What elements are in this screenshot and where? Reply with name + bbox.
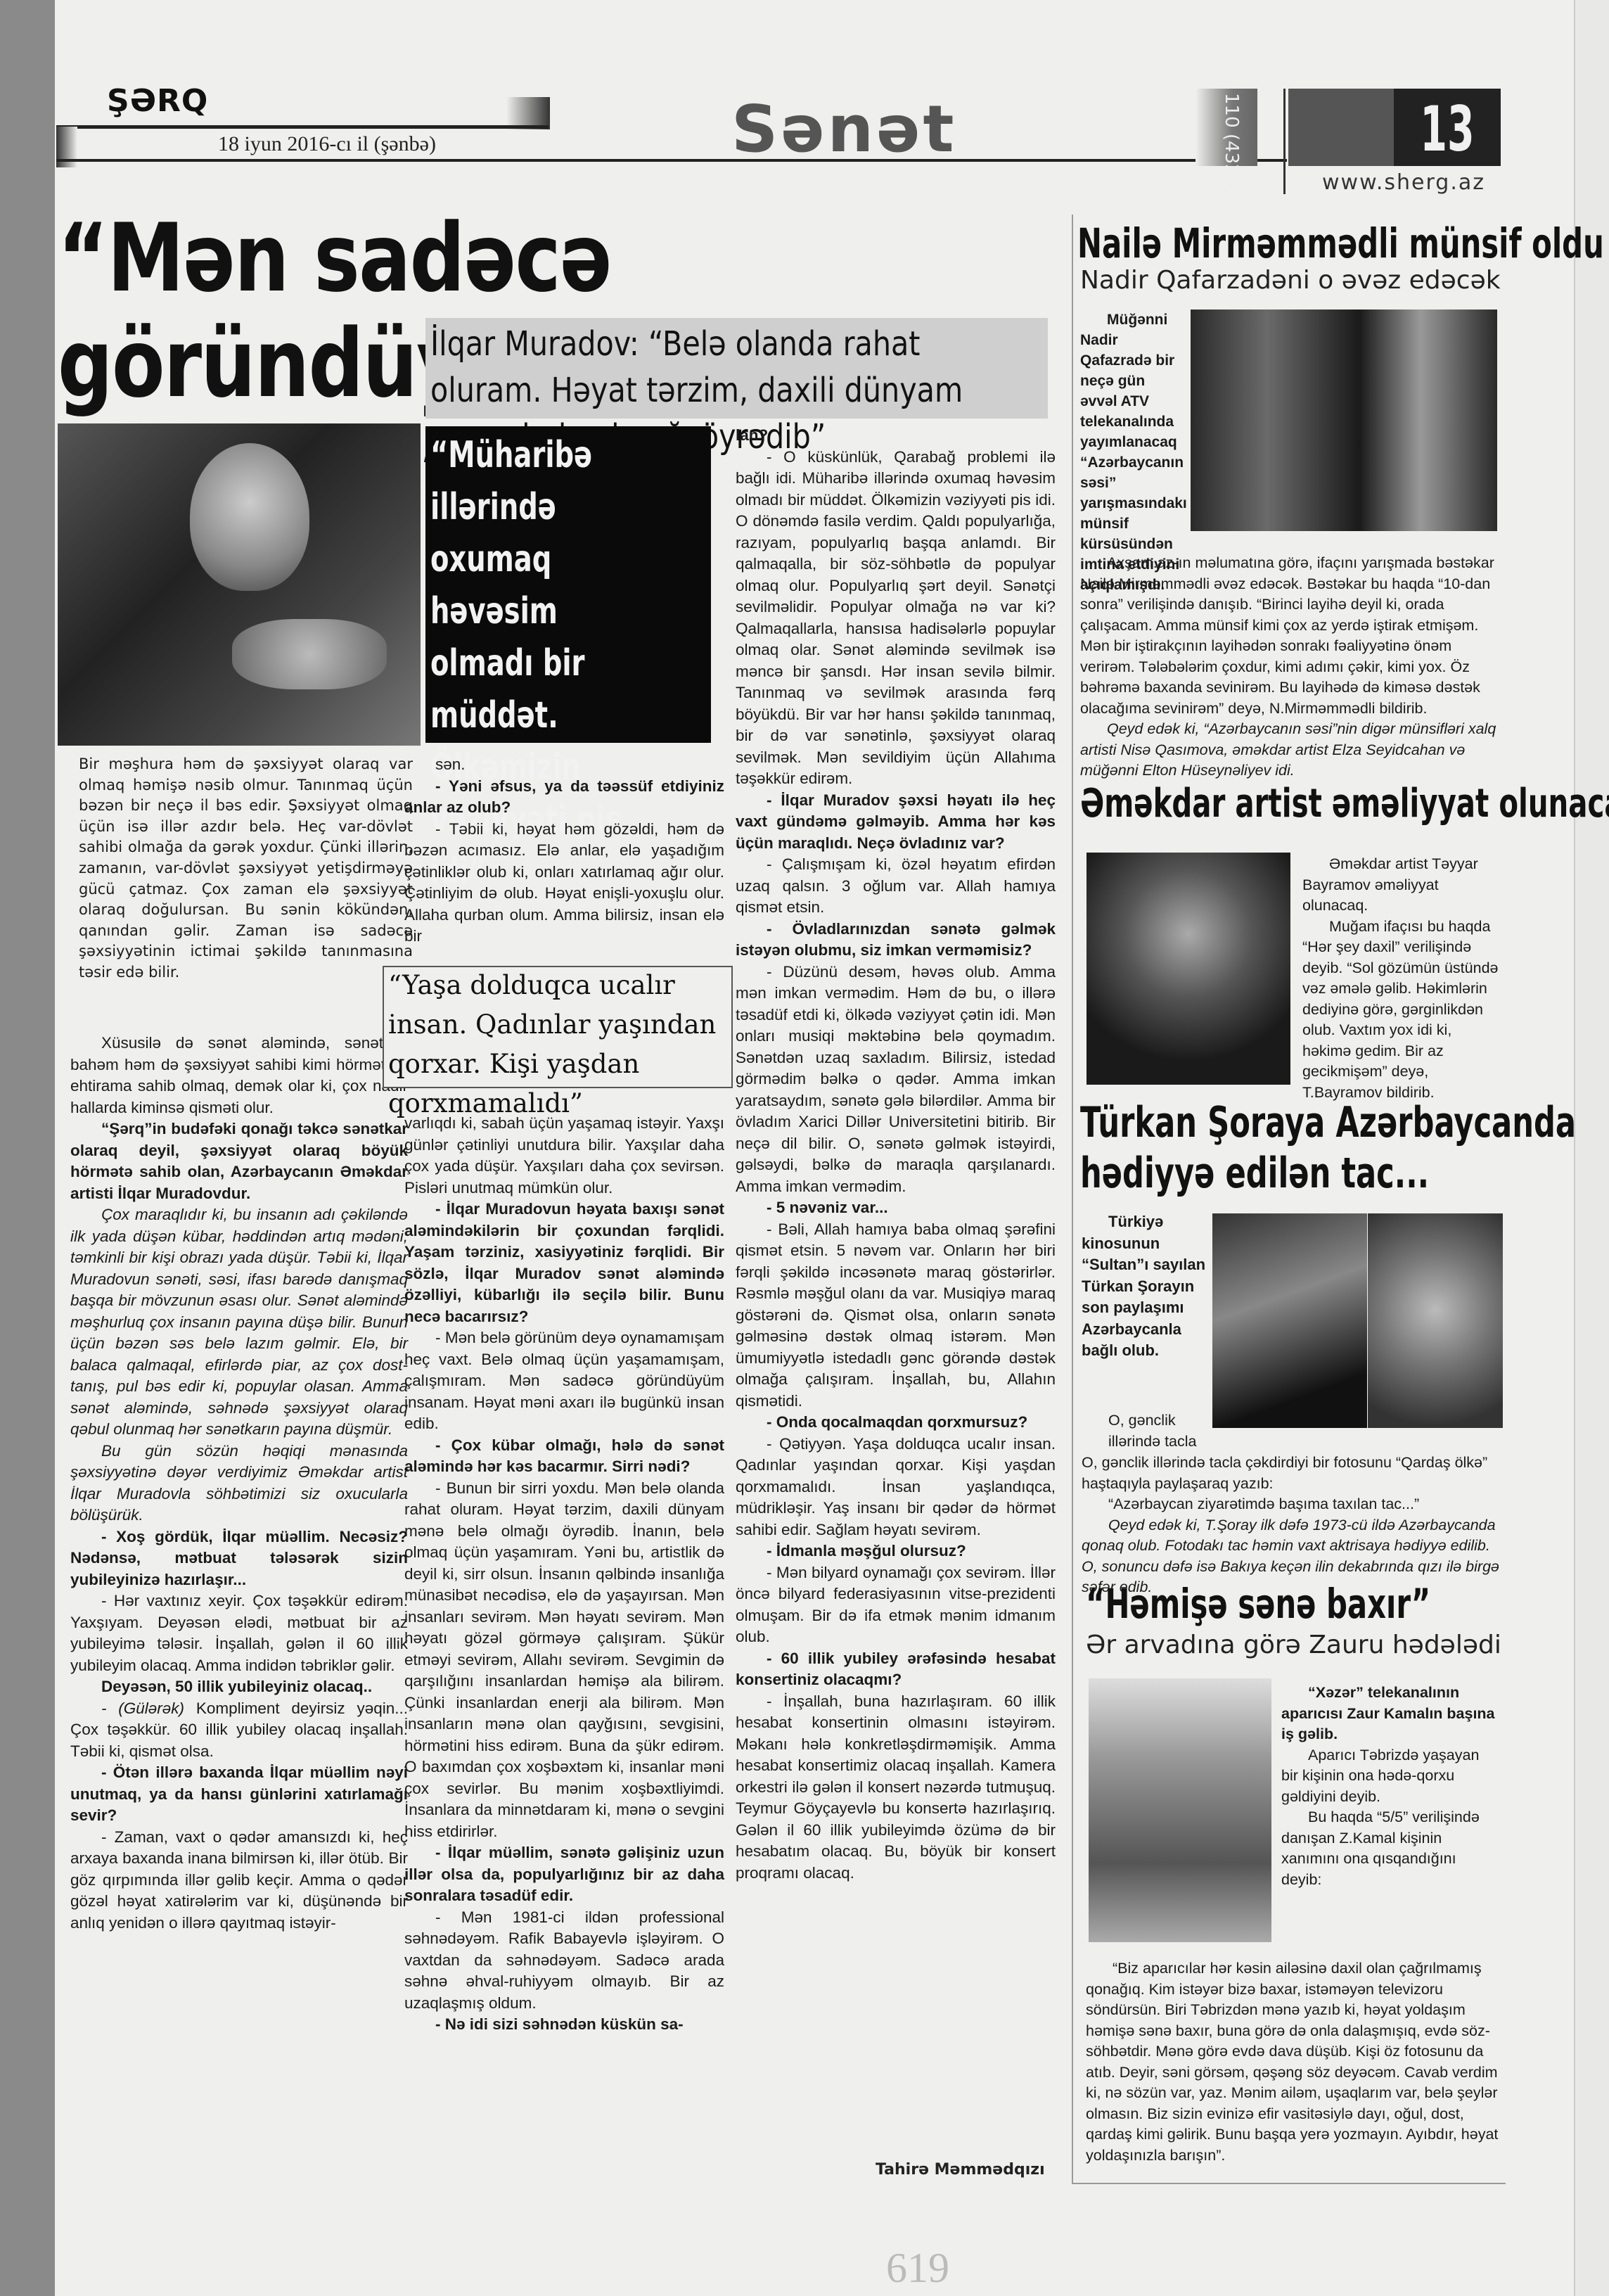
answer: - İnşallah, buna hazırlaşıram. 60 illik … (736, 1691, 1056, 1884)
answer: - Mən 1981-ci ildən professional səhnədə… (404, 1907, 724, 2015)
question: lan? (736, 425, 1056, 447)
turkan-body: O, gənclik illərində tacla (1082, 1410, 1500, 1452)
article-column-2: sən. - Yəni əfsus, ya da təəssüf etdiyin… (404, 754, 724, 948)
photo-figure (232, 619, 387, 689)
header-rule (56, 125, 549, 129)
question: - Yəni əfsus, ya da təəssüf etdiyiniz an… (404, 776, 724, 819)
pull-quote: “Yaşa dolduqca ucalır insan. Qadınlar ya… (388, 966, 733, 1123)
header-rule (56, 159, 1287, 162)
turkan-photo-recent (1212, 1213, 1367, 1428)
question: - İlqar müəllim, sənətə gəlişiniz uzun i… (404, 1842, 724, 1907)
paragraph: Axşam.az-ın məlumatına görə, ifaçını yar… (1080, 553, 1496, 719)
lead-paragraph: Əməkdar artist Təyyar Bayramov əməliyyat… (1302, 854, 1499, 917)
naile-subhead: Nadir Qafarzadəni o əvəz edəcək (1080, 266, 1501, 295)
author-byline: Tahirə Məmmədqızı (876, 2161, 1045, 2179)
answer: - Mən belə görünüm deyə oynamamışam heç … (404, 1327, 724, 1435)
answer: - (Gülərək) Kompliment deyirsiz yəqin...… (70, 1698, 408, 1763)
answer: - O küskünlük, Qarabağ problemi ilə bağl… (736, 447, 1056, 790)
answer: - Təbii ki, həyat həm gözəldi, həm də bə… (404, 819, 724, 948)
headline-line: hədiyyə edilən tac... (1080, 1148, 1576, 1199)
question: - Xoş gördük, İlqar müəllim. Necəsiz? Nə… (70, 1526, 408, 1591)
turkan-headline: Türkan Şoraya Azərbaycanda hədiyyə edilə… (1080, 1097, 1576, 1199)
paragraph: O, gənclik illərində tacla çəkdirdiyi bi… (1082, 1453, 1500, 1494)
answer: - Zaman, vaxt o qədər amansızdı ki, heç … (70, 1827, 408, 1934)
question: - Çox kübar olmağı, hələ də sənət aləmin… (404, 1435, 724, 1478)
tayyar-body: Əməkdar artist Təyyar Bayramov əməliyyat… (1302, 854, 1499, 1103)
question: - Nə idi sizi səhnədən küskün sa- (404, 2014, 724, 2036)
paragraph: Bu haqda “5/5” verilişində danışan Z.Kam… (1281, 1807, 1499, 1890)
zaur-headline: “Həmişə sənə baxır” (1086, 1580, 1430, 1628)
question: - İlqar Muradovun həyata baxışı sənət al… (404, 1199, 724, 1327)
page-number: 13 (1410, 93, 1485, 165)
zaur-intro: “Xəzər” telekanalının aparıcısı Zaur Kam… (1281, 1683, 1499, 1890)
newspaper-logo: ŞƏRQ (107, 83, 208, 119)
photo-figure (190, 443, 309, 591)
paragraph: Bu gün sözün həqiqi mənasında şəxsiyyəti… (70, 1441, 408, 1526)
answer: varlıqdı ki, sabah üçün yaşamaq istəyir.… (404, 1113, 724, 1199)
answer: sən. (404, 754, 724, 776)
lead-paragraph: “Xəzər” telekanalının aparıcısı Zaur Kam… (1281, 1683, 1499, 1745)
question: - İlqar Muradov şəxsi həyatı ilə heç vax… (736, 790, 1056, 855)
adjacent-page-edge (1574, 0, 1609, 2296)
zaur-quote: “Biz aparıcılar hər kəsin ailəsinə daxil… (1086, 1958, 1501, 2166)
question: - Ötən illərə baxanda İlqar müəllim nəyi… (70, 1762, 408, 1827)
turkan-lead: Türkiyə kinosunun “Sultan”ı sayılan Türk… (1082, 1211, 1208, 1362)
quote-paragraph: “Azərbaycan ziyarətimdə başıma taxılan t… (1082, 1494, 1500, 1515)
issue-date: 18 iyun 2016-cı il (şənbə) (218, 132, 436, 156)
tayyar-headline: Əməkdar artist əməliyyat olunacaq (1080, 781, 1609, 827)
naile-headline: Nailə Mirməmmədli münsif oldu (1077, 219, 1604, 267)
answer-note: - (Gülərək) (101, 1699, 184, 1717)
naile-photo (1191, 310, 1497, 531)
answer: - Düzünü desəm, həvəs olub. Amma mən imk… (736, 962, 1056, 1198)
question: - 60 illik yubiley ərəfəsində hesabat ko… (736, 1648, 1056, 1691)
quote-paragraph: “Biz aparıcılar hər kəsin ailəsinə daxil… (1086, 1958, 1501, 2166)
answer: - Hər vaxtınız xeyir. Çox təşəkkür edirə… (70, 1590, 408, 1676)
question: - Övladlarınızdan sənətə gəlmək istəyən … (736, 919, 1056, 962)
handwritten-mark: 619 (886, 2244, 949, 2292)
website-link[interactable]: www.sherg.az (1322, 170, 1485, 195)
page-number-box (1288, 89, 1394, 166)
intro-paragraph: Bir məşhura həm də şəxsiyyət olaraq var … (79, 754, 413, 983)
zaur-subhead: Ər arvadına görə Zauru hədələdi (1086, 1631, 1501, 1659)
article-column-2-continued: varlıqdı ki, sabah üçün yaşamaq istəyir.… (404, 1113, 724, 2036)
turkan-photo-crown (1368, 1213, 1503, 1428)
header-divider (1283, 89, 1286, 194)
note-paragraph: Qeyd edək ki, “Azərbaycanın səsi”nin dig… (1080, 719, 1496, 782)
issue-number: 110 (4323) (1221, 93, 1242, 194)
answer: - Bəli, Allah hamıya baba olmaq şərəfini… (736, 1219, 1056, 1412)
answer: - Çalışmışam ki, özəl həyatım efirdən uz… (736, 854, 1056, 919)
zaur-photo (1089, 1678, 1271, 1942)
article-intro: Bir məşhura həm də şəxsiyyət olaraq var … (79, 754, 413, 983)
turkan-body-cont: O, gənclik illərində tacla çəkdirdiyi bi… (1082, 1453, 1500, 1598)
answer: - Qətiyyən. Yaşa dolduqca ucalır insan. … (736, 1434, 1056, 1541)
article-column-1: Xüsusilə də sənət aləmində, sənətinlə ba… (70, 1033, 408, 1934)
headline-line: Türkan Şoraya Azərbaycanda (1080, 1097, 1576, 1148)
answer: - Mən bilyard oynamağı çox sevirəm. İllə… (736, 1562, 1056, 1648)
article-column-3: lan? - O küskünlük, Qarabağ problemi ilə… (736, 425, 1056, 1884)
question: - 5 nəvəniz var... (736, 1197, 1056, 1219)
naile-body: Axşam.az-ın məlumatına görə, ifaçını yar… (1080, 553, 1496, 782)
paragraph-start: O, gənclik illərində tacla (1082, 1410, 1207, 1452)
paragraph: Çox maraqlıdır ki, bu insanın adı çəkilə… (70, 1204, 408, 1441)
question: - İdmanla məşğul olursuz? (736, 1541, 1056, 1562)
paragraph: “Şərq”in budəfəki qonağı təkcə sənətkar … (70, 1118, 408, 1204)
paragraph: Aparıcı Təbrizdə yaşayan bir kişinin ona… (1281, 1745, 1499, 1808)
answer: - Bunun bir sirri yoxdu. Mən belə olanda… (404, 1478, 724, 1843)
paragraph: Muğam ifaçısı bu haqda “Hər şey daxil” v… (1302, 917, 1499, 1104)
paragraph: Xüsusilə də sənət aləmində, sənətinlə ba… (70, 1033, 408, 1118)
tayyar-photo (1086, 853, 1290, 1085)
question: - Onda qocalmaqdan qorxmursuz? (736, 1412, 1056, 1434)
question: Deyəsən, 50 illik yubileyiniz olacaq.. (70, 1676, 408, 1698)
lead-paragraph: Türkiyə kinosunun “Sultan”ı sayılan Türk… (1082, 1211, 1208, 1362)
section-title: Sənət (731, 91, 957, 167)
